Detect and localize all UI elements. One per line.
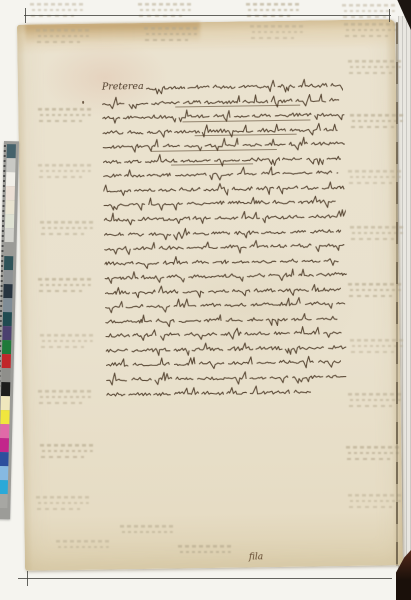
color-patch — [4, 270, 13, 284]
parchment-leaf: Preterea fila — [17, 19, 403, 571]
catchword: fila — [249, 552, 263, 562]
color-patch — [2, 340, 11, 354]
top-edge-stain — [25, 22, 200, 45]
color-patch — [0, 438, 9, 452]
color-patch — [0, 410, 9, 424]
color-patches — [0, 144, 16, 508]
ruler-cross-bottom-left — [27, 571, 28, 586]
manuscript-scan: Preterea fila — [0, 0, 411, 600]
color-patch — [5, 214, 14, 228]
color-patch — [1, 368, 10, 382]
page-edge-gap — [396, 22, 398, 566]
color-patch — [6, 158, 15, 172]
color-patch — [3, 298, 12, 312]
ruler-cross-top-left — [25, 8, 26, 23]
color-patch — [1, 382, 10, 396]
color-patch — [2, 354, 11, 368]
color-patch — [6, 186, 15, 200]
show-through-cluster — [342, 2, 396, 19]
color-patch — [3, 312, 12, 326]
first-word: Preterea — [102, 81, 144, 93]
color-patch — [4, 256, 13, 270]
text-block: Preterea — [102, 78, 349, 408]
color-patch — [0, 452, 9, 466]
color-patch — [0, 424, 9, 438]
color-patch — [6, 172, 15, 186]
color-patch — [3, 284, 12, 298]
color-patch — [5, 228, 14, 242]
color-patch — [0, 480, 8, 494]
text-line — [106, 384, 314, 401]
color-calibration-bar — [0, 141, 19, 519]
bottom-ruler-line — [18, 578, 392, 579]
ink-speck — [82, 101, 84, 104]
color-patch — [7, 144, 16, 158]
color-patch — [0, 494, 8, 508]
top-ruler-line — [24, 15, 391, 16]
color-patch — [0, 466, 8, 480]
ruler-cross-top-right — [389, 9, 390, 22]
color-patch — [2, 326, 11, 340]
color-patch — [4, 242, 13, 256]
color-patch — [1, 396, 10, 410]
color-patch — [5, 200, 14, 214]
